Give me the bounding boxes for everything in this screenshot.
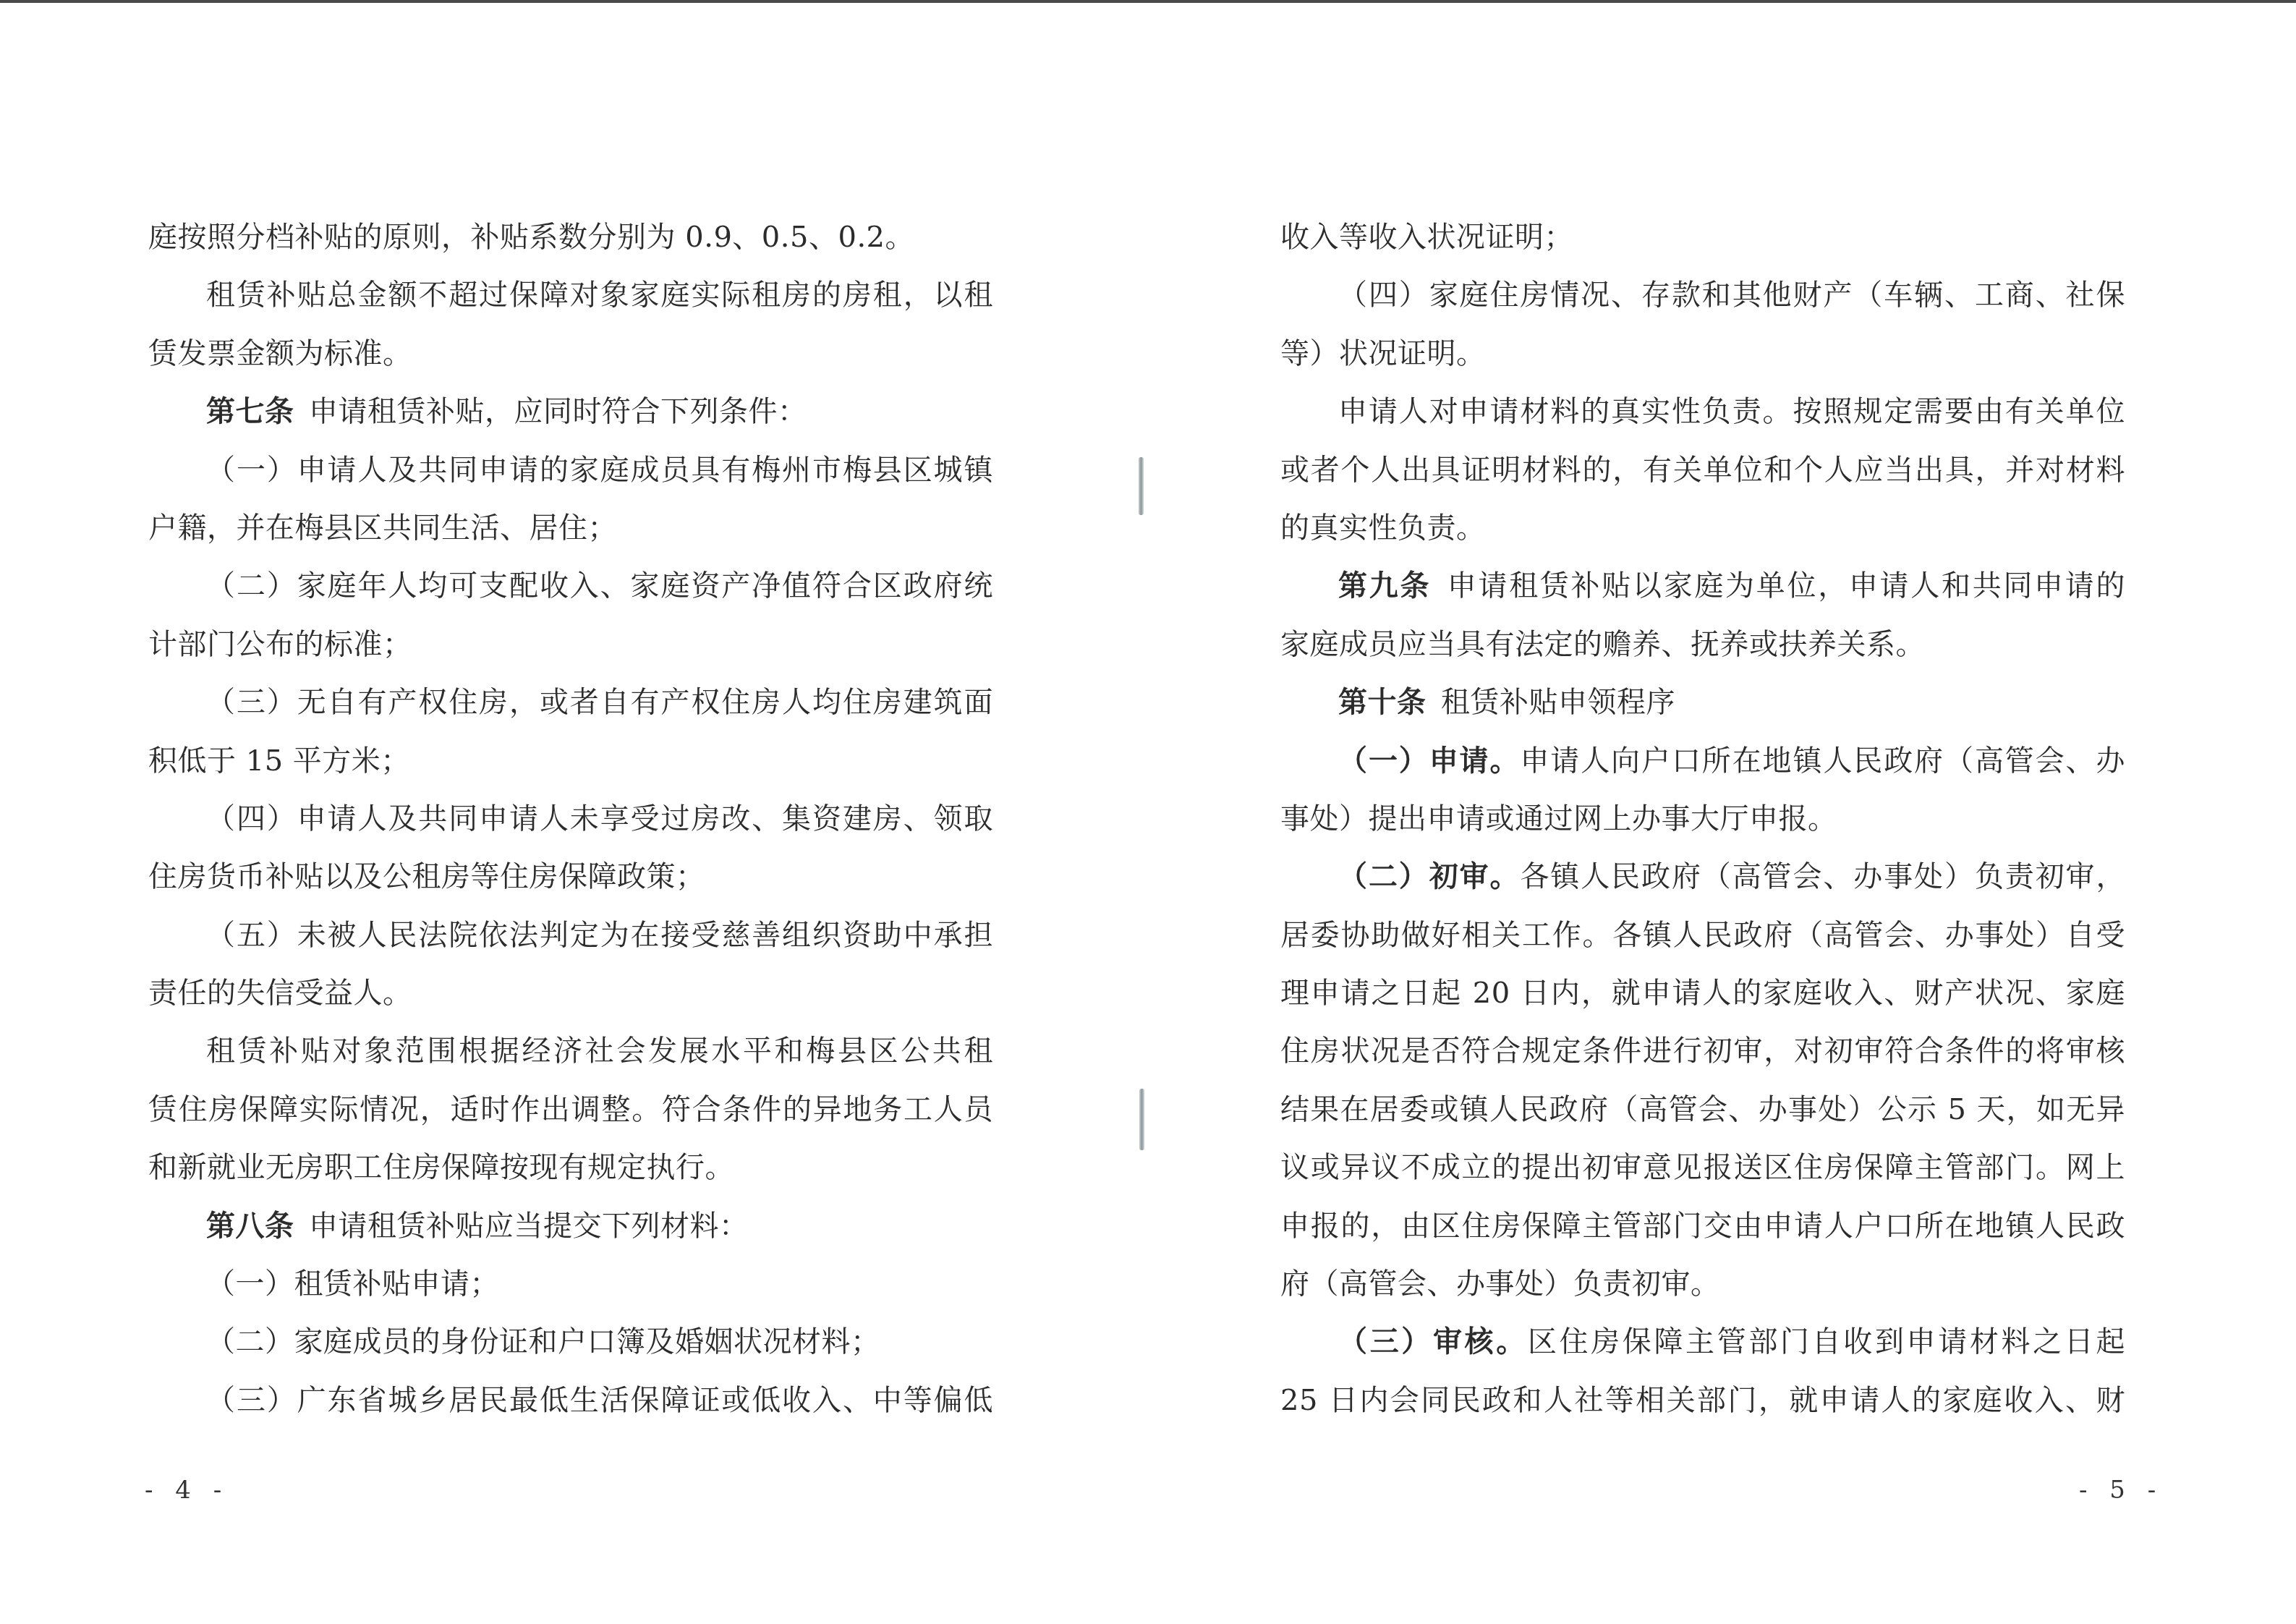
- page-4-body: 庭按照分档补贴的原则，补贴系数分别为 0.9、0.5、0.2。租赁补贴总金额不超…: [148, 208, 993, 1429]
- text-line: 府（高管会、办事处）负责初审。: [1280, 1255, 2125, 1313]
- text-line: 事处）提出申请或通过网上办事大厅申报。: [1280, 790, 2125, 848]
- line-text: 收入等收入状况证明；: [1280, 221, 1573, 254]
- line-text: （三）无自有产权住房，或者自有产权住房人均住房建筑面: [206, 686, 993, 719]
- line-text: 居委协助做好相关工作。各镇人民政府（高管会、办事处）自受: [1280, 919, 2125, 952]
- article-label: 第七条: [206, 395, 294, 428]
- text-line: （五）未被人民法院依法判定为在接受慈善组织资助中承担: [148, 906, 993, 964]
- line-text: 申请人向户口所在地镇人民政府（高管会、办: [1520, 744, 2125, 778]
- line-text: （一）申请人及共同申请的家庭成员具有梅州市梅县区城镇: [206, 454, 993, 487]
- line-text: 或者个人出具证明材料的，有关单位和个人应当出具，并对材料: [1280, 454, 2125, 487]
- text-line: 收入等收入状况证明；: [1280, 208, 2125, 266]
- text-line: 住房货币补贴以及公租房等住房保障政策；: [148, 848, 993, 906]
- line-text: 等）状况证明。: [1280, 337, 1486, 370]
- line-text: （五）未被人民法院依法判定为在接受慈善组织资助中承担: [206, 919, 993, 952]
- text-line: 租赁补贴对象范围根据经济社会发展水平和梅县区公共租: [148, 1022, 993, 1080]
- text-line: 居委协助做好相关工作。各镇人民政府（高管会、办事处）自受: [1280, 906, 2125, 964]
- text-line: 结果在居委或镇人民政府（高管会、办事处）公示 5 天，如无异: [1280, 1081, 2125, 1139]
- line-text: 租赁补贴对象范围根据经济社会发展水平和梅县区公共租: [206, 1034, 993, 1068]
- line-text: 计部门公布的标准；: [148, 628, 412, 661]
- text-line: （一）租赁补贴申请；: [148, 1255, 993, 1313]
- text-line: （三）无自有产权住房，或者自有产权住房人均住房建筑面: [148, 673, 993, 731]
- line-text: 住房货币补贴以及公租房等住房保障政策；: [148, 860, 705, 893]
- line-text: 申请租赁补贴应当提交下列材料：: [309, 1210, 749, 1243]
- line-text: 25 日内会同民政和人社等相关部门，就申请人的家庭收入、财: [1280, 1384, 2125, 1417]
- text-line: 赁发票金额为标准。: [148, 325, 993, 383]
- page-5: 收入等收入状况证明；（四）家庭住房情况、存款和其他财产（车辆、工商、社保等）状况…: [1148, 0, 2296, 1624]
- line-text: （二）家庭成员的身份证和户口簿及婚姻状况材料；: [206, 1325, 880, 1359]
- line-text: 各镇人民政府（高管会、办事处）负责初审，: [1520, 860, 2125, 893]
- line-text: 事处）提出申请或通过网上办事大厅申报。: [1280, 802, 1837, 836]
- text-line: 或者个人出具证明材料的，有关单位和个人应当出具，并对材料: [1280, 441, 2125, 499]
- text-line: （二）家庭成员的身份证和户口簿及婚姻状况材料；: [148, 1313, 993, 1371]
- text-line: 和新就业无房职工住房保障按现有规定执行。: [148, 1139, 993, 1196]
- text-line: 等）状况证明。: [1280, 325, 2125, 383]
- text-line: （四）申请人及共同申请人未享受过房改、集资建房、领取: [148, 790, 993, 848]
- staple-mark-bottom: [1139, 1089, 1144, 1150]
- text-line: 25 日内会同民政和人社等相关部门，就申请人的家庭收入、财: [1280, 1372, 2125, 1429]
- line-text: 府（高管会、办事处）负责初审。: [1280, 1267, 1720, 1301]
- line-text: 区住房保障主管部门自收到申请材料之日起: [1528, 1325, 2125, 1359]
- text-line: （二）家庭年人均可支配收入、家庭资产净值符合区政府统: [148, 557, 993, 615]
- text-line: 庭按照分档补贴的原则，补贴系数分别为 0.9、0.5、0.2。: [148, 208, 993, 266]
- line-text: 责任的失信受益人。: [148, 977, 412, 1010]
- line-text: 的真实性负责。: [1280, 511, 1486, 545]
- text-line: 积低于 15 平方米；: [148, 732, 993, 790]
- text-line: 申请人对申请材料的真实性负责。按照规定需要由有关单位: [1280, 383, 2125, 441]
- line-text: （四）申请人及共同申请人未享受过房改、集资建房、领取: [206, 802, 993, 836]
- article-label: 第九条: [1338, 569, 1431, 603]
- article-label: 第十条: [1338, 686, 1427, 719]
- line-text: 赁住房保障实际情况，适时作出调整。符合条件的异地务工人员: [148, 1093, 993, 1126]
- text-line: 责任的失信受益人。: [148, 964, 993, 1022]
- line-text: 庭按照分档补贴的原则，补贴系数分别为 0.9、0.5、0.2。: [148, 221, 914, 254]
- text-line: 议或异议不成立的提出初审意见报送区住房保障主管部门。网上: [1280, 1139, 2125, 1196]
- article-heading-line: 第十条 租赁补贴申领程序: [1280, 673, 2125, 731]
- text-line: （三）广东省城乡居民最低生活保障证或低收入、中等偏低: [148, 1372, 993, 1429]
- page-5-body: 收入等收入状况证明；（四）家庭住房情况、存款和其他财产（车辆、工商、社保等）状况…: [1280, 208, 2125, 1429]
- article-heading-line: 第九条 申请租赁补贴以家庭为单位，申请人和共同申请的: [1280, 557, 2125, 615]
- text-line: 申报的，由区住房保障主管部门交由申请人户口所在地镇人民政: [1280, 1197, 2125, 1255]
- text-line: （四）家庭住房情况、存款和其他财产（车辆、工商、社保: [1280, 266, 2125, 324]
- text-line: 理申请之日起 20 日内，就申请人的家庭收入、财产状况、家庭: [1280, 964, 2125, 1022]
- text-line: 住房状况是否符合规定条件进行初审，对初审符合条件的将审核: [1280, 1022, 2125, 1080]
- text-line: 户籍，并在梅县区共同生活、居住；: [148, 499, 993, 557]
- line-text: 家庭成员应当具有法定的赡养、抚养或扶养关系。: [1280, 628, 1925, 661]
- article-heading-line: 第八条 申请租赁补贴应当提交下列材料：: [148, 1197, 993, 1255]
- article-label: （二）初审。: [1338, 860, 1520, 893]
- text-line: 的真实性负责。: [1280, 499, 2125, 557]
- article-heading-line: 第七条 申请租赁补贴，应同时符合下列条件：: [148, 383, 993, 441]
- text-line: （一）申请人及共同申请的家庭成员具有梅州市梅县区城镇: [148, 441, 993, 499]
- line-text: 租赁补贴申领程序: [1441, 686, 1675, 719]
- line-text: （四）家庭住房情况、存款和其他财产（车辆、工商、社保: [1338, 279, 2125, 312]
- article-label: 第八条: [206, 1210, 294, 1243]
- article-heading-line: （一）申请。申请人向户口所在地镇人民政府（高管会、办: [1280, 732, 2125, 790]
- line-text: 和新就业无房职工住房保障按现有规定执行。: [148, 1151, 734, 1184]
- text-line: 租赁补贴总金额不超过保障对象家庭实际租房的房租，以租: [148, 266, 993, 324]
- line-text: 理申请之日起 20 日内，就申请人的家庭收入、财产状况、家庭: [1280, 977, 2125, 1010]
- article-heading-line: （三）审核。区住房保障主管部门自收到申请材料之日起: [1280, 1313, 2125, 1371]
- text-line: 赁住房保障实际情况，适时作出调整。符合条件的异地务工人员: [148, 1081, 993, 1139]
- line-text: 申报的，由区住房保障主管部门交由申请人户口所在地镇人民政: [1280, 1210, 2125, 1243]
- line-text: 积低于 15 平方米；: [148, 744, 410, 778]
- line-text: 申请租赁补贴以家庭为单位，申请人和共同申请的: [1446, 569, 2125, 603]
- line-text: 申请租赁补贴，应同时符合下列条件：: [309, 395, 807, 428]
- text-line: 计部门公布的标准；: [148, 616, 993, 673]
- page-4: 庭按照分档补贴的原则，补贴系数分别为 0.9、0.5、0.2。租赁补贴总金额不超…: [0, 0, 1148, 1624]
- page-number: - 5 -: [2079, 1476, 2163, 1505]
- line-text: 户籍，并在梅县区共同生活、居住；: [148, 511, 617, 545]
- line-text: （三）广东省城乡居民最低生活保障证或低收入、中等偏低: [206, 1384, 993, 1417]
- text-line: 家庭成员应当具有法定的赡养、抚养或扶养关系。: [1280, 616, 2125, 673]
- line-text: 结果在居委或镇人民政府（高管会、办事处）公示 5 天，如无异: [1280, 1093, 2125, 1126]
- article-label: （一）申请。: [1338, 744, 1520, 778]
- article-label: （三）审核。: [1338, 1325, 1528, 1359]
- line-text: 赁发票金额为标准。: [148, 337, 412, 370]
- line-text: （二）家庭年人均可支配收入、家庭资产净值符合区政府统: [206, 569, 993, 603]
- line-text: 议或异议不成立的提出初审意见报送区住房保障主管部门。网上: [1280, 1151, 2125, 1184]
- line-text: 申请人对申请材料的真实性负责。按照规定需要由有关单位: [1338, 395, 2125, 428]
- page-number: - 4 -: [145, 1476, 229, 1505]
- line-text: （一）租赁补贴申请；: [206, 1267, 499, 1301]
- line-text: 住房状况是否符合规定条件进行初审，对初审符合条件的将审核: [1280, 1034, 2125, 1068]
- staple-mark-top: [1139, 457, 1144, 515]
- article-heading-line: （二）初审。各镇人民政府（高管会、办事处）负责初审，: [1280, 848, 2125, 906]
- line-text: 租赁补贴总金额不超过保障对象家庭实际租房的房租，以租: [206, 279, 993, 312]
